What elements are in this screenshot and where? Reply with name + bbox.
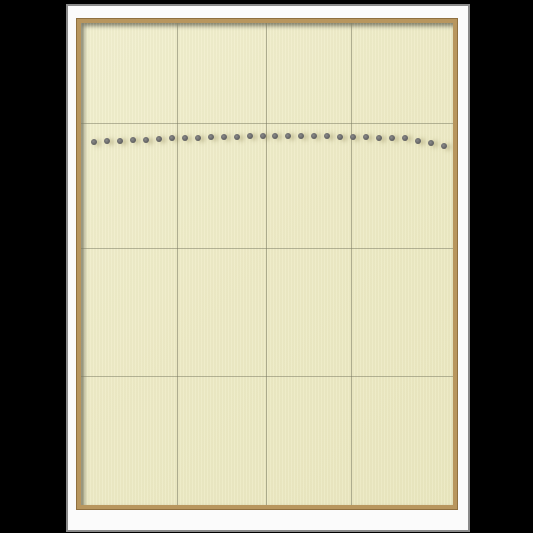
nail-icon [156,136,162,142]
nail-icon [376,135,382,141]
grid-line-horizontal [81,123,453,124]
nail-icon [272,133,278,139]
grid-line-horizontal [81,248,453,249]
nail-icon [117,138,123,144]
grid-line-vertical [351,23,352,505]
nail-icon [415,138,421,144]
nail-icon [91,139,97,145]
grid-line-vertical [266,23,267,505]
nail-icon [298,133,304,139]
nail-icon [311,133,317,139]
nail-icon [260,133,266,139]
white-mount [68,6,468,530]
nail-icon [363,134,369,140]
nail-icon [337,134,343,140]
artwork-canvas [81,23,453,505]
nail-icon [130,137,136,143]
canvas-texture [81,23,453,505]
nail-icon [143,137,149,143]
nail-icon [221,134,227,140]
nail-icon [285,133,291,139]
nail-icon [104,138,110,144]
nail-icon [402,135,408,141]
grid-line-horizontal [81,376,453,377]
grid-line-vertical [177,23,178,505]
nail-icon [350,134,356,140]
nail-icon [208,134,214,140]
nail-icon [389,135,395,141]
nail-icon [428,140,434,146]
nail-icon [247,133,253,139]
nail-icon [324,133,330,139]
nail-icon [169,135,175,141]
nail-icon [195,135,201,141]
nail-icon [441,143,447,149]
wooden-frame [76,18,458,510]
nail-icon [234,134,240,140]
nail-icon [182,135,188,141]
